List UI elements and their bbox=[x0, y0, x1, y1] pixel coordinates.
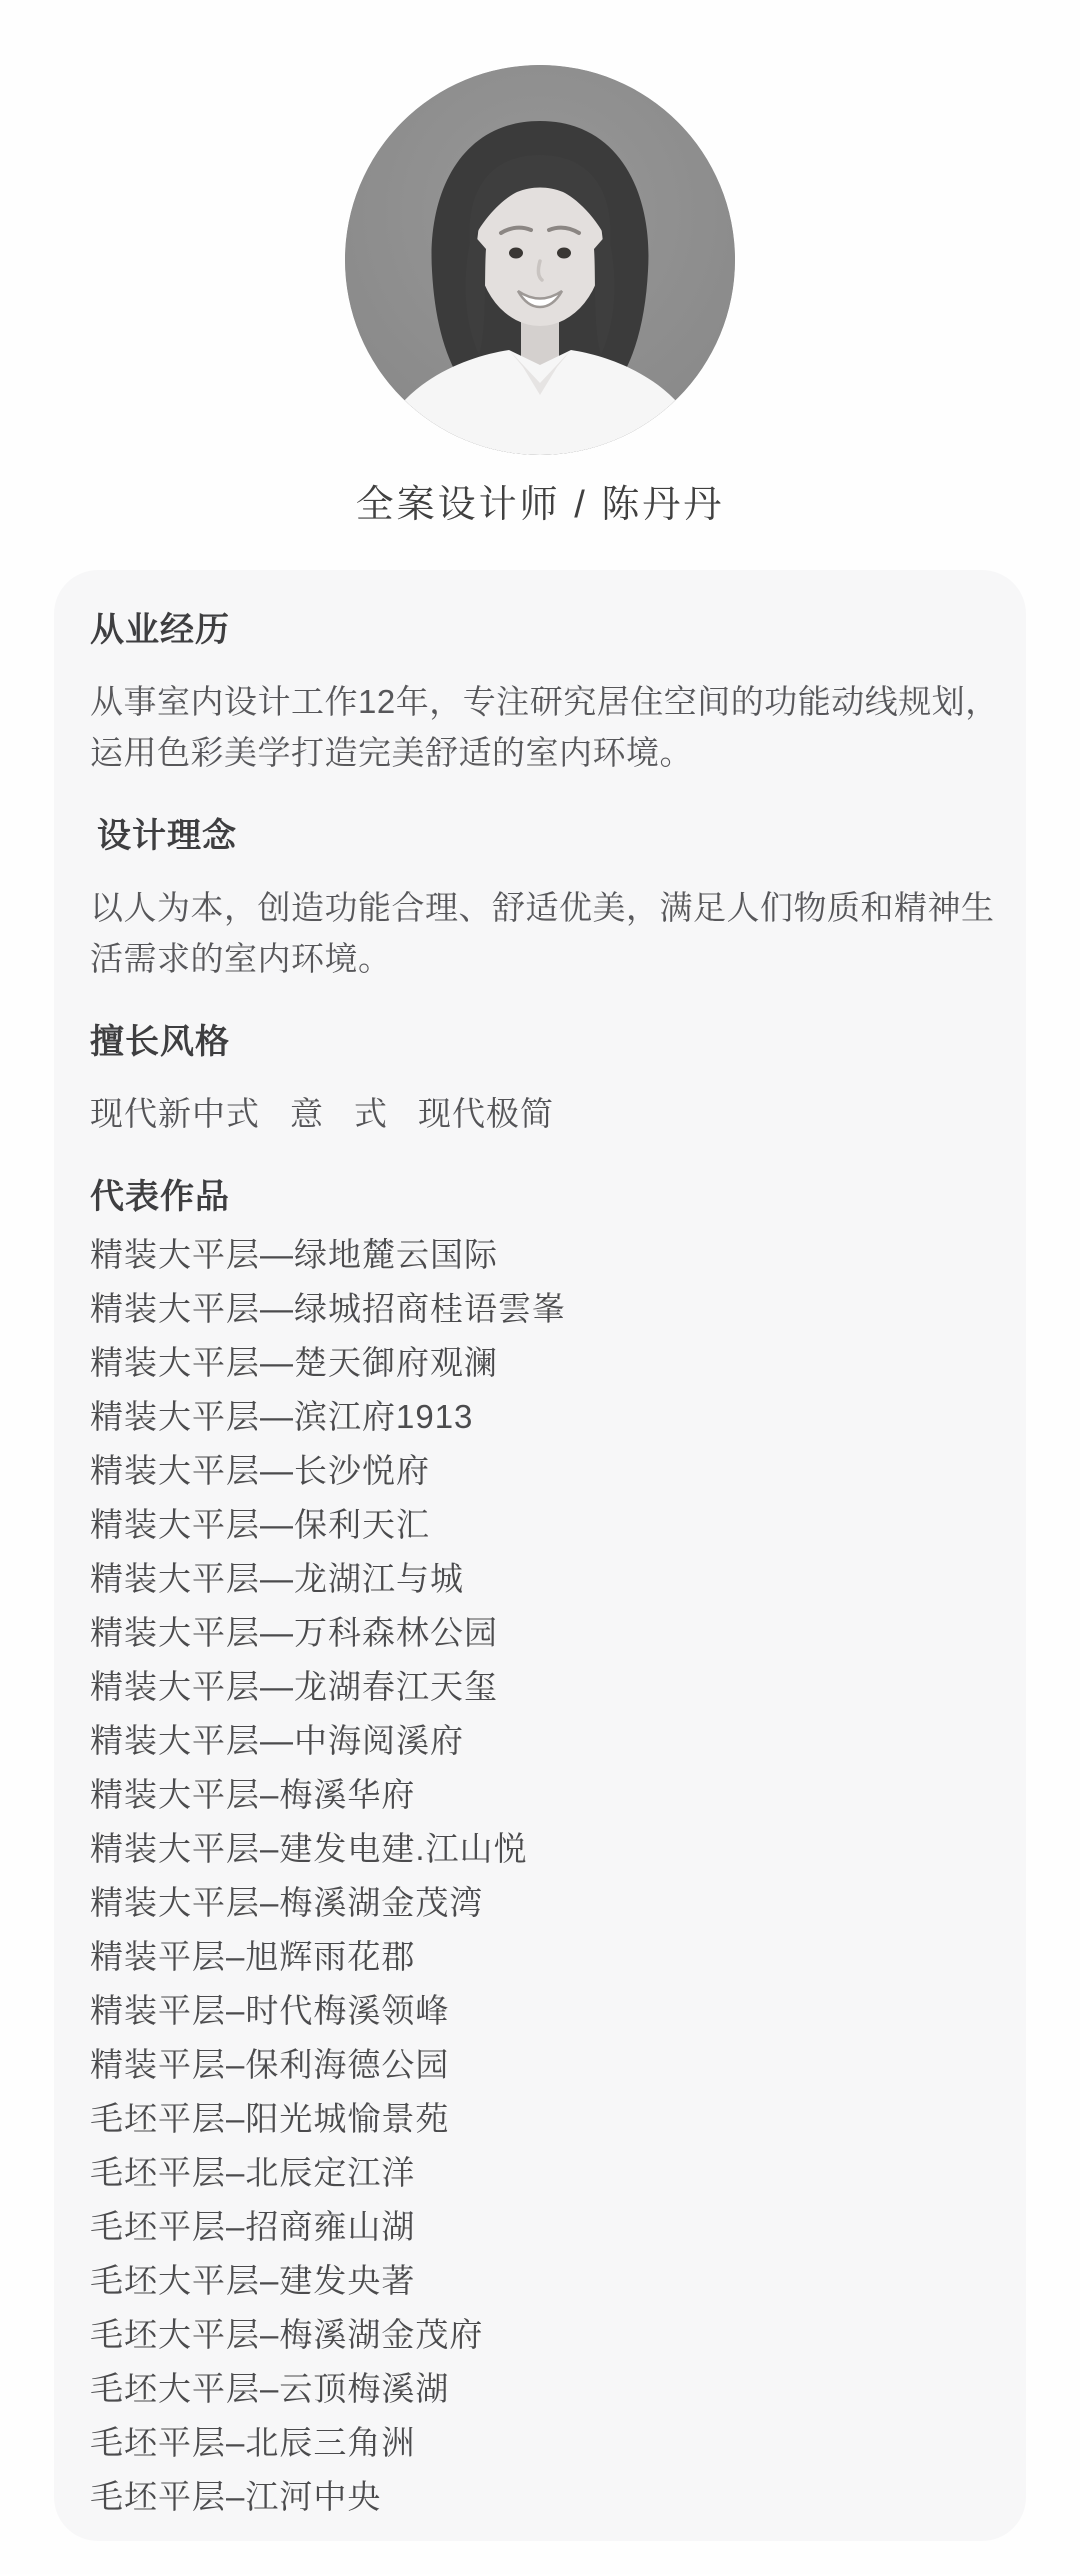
work-item: 毛坯平层–北辰定江洋 bbox=[90, 2146, 1015, 2200]
work-item: 精装平层–时代梅溪领峰 bbox=[90, 1984, 1015, 2038]
style-tag: 现代新中式 bbox=[90, 1088, 260, 1139]
work-item: 精装平层–保利海德公园 bbox=[90, 2038, 1015, 2092]
section-heading-philosophy: 设计理念 bbox=[97, 816, 1015, 856]
section-heading-works: 代表作品 bbox=[90, 1177, 1015, 1217]
eye-right bbox=[557, 248, 571, 259]
work-item: 毛坯大平层–建发央著 bbox=[90, 2254, 1015, 2308]
section-body-philosophy: 以人为本，创造功能合理、舒适优美，满足人们物质和精神生活需求的室内环境。 bbox=[90, 882, 1015, 984]
work-item: 精装大平层—楚天御府观澜 bbox=[90, 1336, 1015, 1390]
works-list: 精装大平层—绿地麓云国际精装大平层—绿城招商桂语雲峯精装大平层—楚天御府观澜精装… bbox=[90, 1228, 1015, 2524]
work-item: 精装大平层–梅溪湖金茂湾 bbox=[90, 1876, 1015, 1930]
portrait-photo bbox=[345, 65, 735, 455]
style-tag: 现代极简 bbox=[418, 1088, 554, 1139]
work-item: 毛坯大平层–梅溪湖金茂府 bbox=[90, 2308, 1015, 2362]
profile-card: 从业经历 从事室内设计工作12年，专注研究居住空间的功能动线规划，运用色彩美学打… bbox=[54, 570, 1026, 2541]
work-item: 精装平层–旭辉雨花郡 bbox=[90, 1930, 1015, 1984]
work-item: 毛坯平层–北辰三角洲 bbox=[90, 2416, 1015, 2470]
work-item: 精装大平层—龙湖江与城 bbox=[90, 1552, 1015, 1606]
avatar bbox=[345, 65, 735, 455]
work-item: 精装大平层–梅溪华府 bbox=[90, 1768, 1015, 1822]
style-tag: 式 bbox=[354, 1088, 388, 1139]
section-body-experience: 从事室内设计工作12年，专注研究居住空间的功能动线规划，运用色彩美学打造完美舒适… bbox=[90, 676, 1015, 778]
work-item: 毛坯平层–阳光城愉景苑 bbox=[90, 2092, 1015, 2146]
work-item: 精装大平层—绿地麓云国际 bbox=[90, 1228, 1015, 1282]
work-item: 精装大平层—龙湖春江天玺 bbox=[90, 1660, 1015, 1714]
work-item: 精装大平层—中海阅溪府 bbox=[90, 1714, 1015, 1768]
work-item: 精装大平层—万科森林公园 bbox=[90, 1606, 1015, 1660]
section-heading-styles: 擅长风格 bbox=[90, 1022, 1015, 1062]
work-item: 毛坯平层–江河中央 bbox=[90, 2470, 1015, 2524]
work-item: 精装大平层—滨江府1913 bbox=[90, 1390, 1015, 1444]
eye-left bbox=[509, 248, 523, 259]
work-item: 精装大平层—长沙悦府 bbox=[90, 1444, 1015, 1498]
section-heading-experience: 从业经历 bbox=[90, 610, 1015, 650]
work-item: 精装大平层—保利天汇 bbox=[90, 1498, 1015, 1552]
work-item: 毛坯大平层–云顶梅溪湖 bbox=[90, 2362, 1015, 2416]
designer-profile-page: 全案设计师 / 陈丹丹 从业经历 从事室内设计工作12年，专注研究居住空间的功能… bbox=[0, 0, 1080, 2574]
work-item: 精装大平层–建发电建.江山悦 bbox=[90, 1822, 1015, 1876]
work-item: 毛坯平层–招商雍山湖 bbox=[90, 2200, 1015, 2254]
style-tag: 意 bbox=[290, 1088, 324, 1139]
style-tags: 现代新中式意式现代极简 bbox=[90, 1088, 1015, 1139]
page-title: 全案设计师 / 陈丹丹 bbox=[0, 481, 1080, 529]
work-item: 精装大平层—绿城招商桂语雲峯 bbox=[90, 1282, 1015, 1336]
